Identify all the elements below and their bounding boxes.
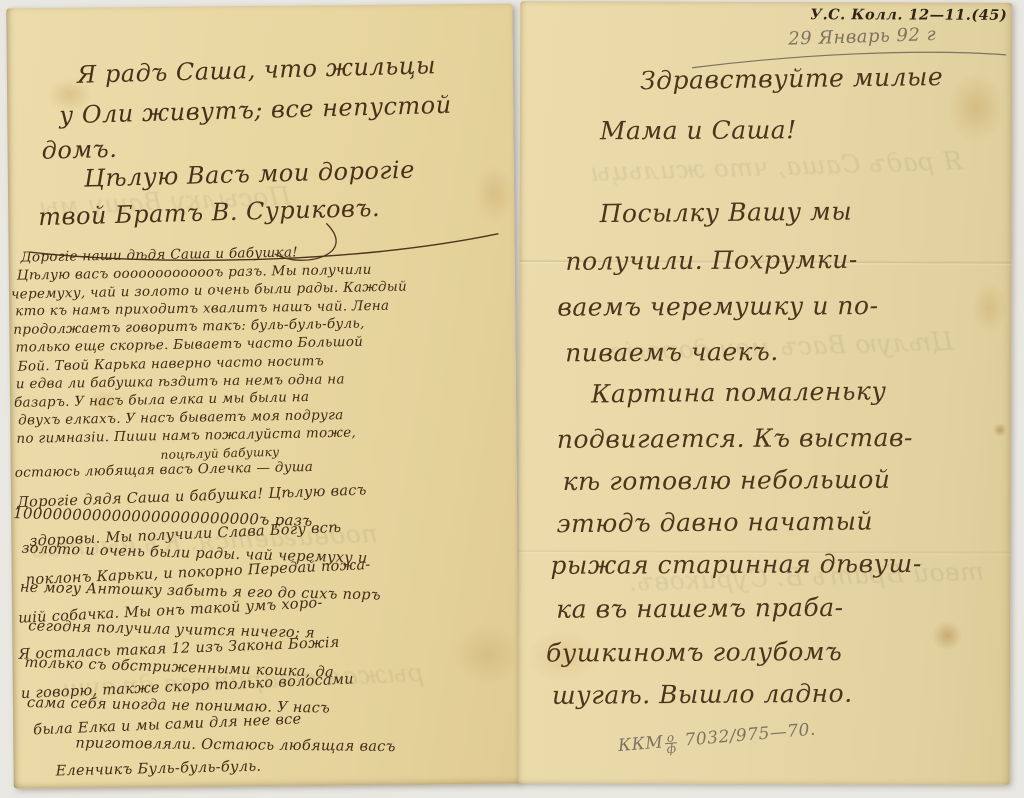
archive-mark-inventory: ККМоф 7032/975—70.: [617, 720, 817, 759]
inventory-fraction: оф: [664, 732, 677, 754]
letter-line: ваемъ черемушку и по-: [557, 291, 878, 322]
bleedthrough-line: Я радъ Саша, что жильцы: [589, 146, 963, 187]
stain: [474, 164, 515, 224]
archive-mark-ink: У.С. Колл. 12—11.(45): [810, 6, 1007, 24]
letter-line: получили. Похрумки-: [565, 245, 858, 276]
letter-line: домъ.: [41, 135, 117, 165]
letter-line: Посылку Вашу мы: [599, 197, 852, 229]
letter-line: была Елка и мы сами для нее все: [33, 711, 302, 738]
right-page-sheet: Я радъ Саша, что жильцы Цѣлую Васъ мои д…: [518, 1, 1013, 785]
left-page-sheet: Посылку Вашу мы подвигается. Къ выстав- …: [6, 4, 519, 789]
letter-line: Еленчикъ Буль-буль-буль.: [55, 759, 261, 780]
stain: [452, 624, 523, 685]
letter-line: твой Братъ В. Суриковъ.: [38, 194, 380, 231]
letter-line: у Оли живутъ; все непустой: [59, 91, 452, 130]
letter-line: рыжая старинная дѣвуш-: [550, 549, 921, 580]
letter-line: ка въ нашемъ праба-: [556, 593, 843, 624]
inventory-prefix: ККМ: [617, 732, 664, 756]
letter-line: пиваемъ чаекъ.: [565, 337, 779, 367]
letter-line: Цѣлую Васъ мои дорогіе: [84, 156, 416, 193]
letter-line: остаюсь любящая васъ Олечка — душа: [15, 459, 314, 481]
letter-line: кѣ готовлю небольшой: [563, 465, 891, 496]
stain: [993, 423, 1007, 437]
letter-line: по гимназіи. Пиши намъ пожалуйста тоже,: [16, 425, 356, 447]
stain: [948, 73, 1004, 143]
letter-line: Картина помаленьку: [591, 376, 887, 408]
letter-line: приготовляли. Остаюсь любящая васъ: [75, 735, 395, 755]
letter-line: бушкиномъ голубомъ: [546, 637, 842, 668]
letter-line: этюдъ давно начатый: [556, 506, 873, 538]
letter-line: шугаѣ. Вышло ладно.: [552, 679, 853, 710]
letter-line: Я радъ Саша, что жильцы: [77, 51, 437, 89]
letter-line: Здравствуйте милые: [640, 62, 943, 95]
stain: [971, 283, 1007, 333]
letter-scan: Посылку Вашу мы подвигается. Къ выстав- …: [0, 0, 1024, 798]
inventory-number: 7032/975—70.: [684, 720, 817, 751]
archive-mark-date: 29 Январь 92 г: [788, 24, 937, 50]
letter-line: Мама и Саша!: [600, 115, 797, 145]
stain: [932, 621, 962, 651]
letter-line: не могу Антошку забыть я его до сихъ пор…: [20, 580, 381, 604]
letter-line: подвигается. Къ выстав-: [557, 423, 913, 454]
letter-line: Дорогіе наши дѣдя Саша и бабушка!: [21, 244, 299, 265]
